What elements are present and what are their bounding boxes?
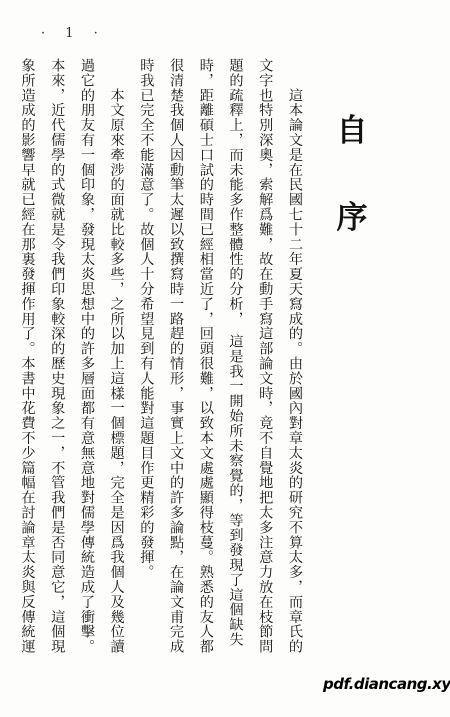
text-column: 過它的朋友有一個印象，發現太炎思想中的許多層面都有意無意地對儒學傳統造成了衝擊。	[78, 58, 94, 660]
text-column: 本來，近代儒學的式微就是令我們印象較深的歷史現象之一，不管我們是否同意它，這個現	[49, 58, 65, 660]
chapter-title: 自 序	[334, 116, 370, 234]
scanned-book-page: · 1 · 自 序 這本論文是在民國七十二年夏天寫成的。由於國內對章太炎的研究不…	[0, 0, 450, 717]
title-char-first: 自	[337, 116, 368, 147]
title-char-second: 序	[337, 203, 368, 234]
text-column: 時，距離碩士口試的時間已經相當近了，回頭很難，以致本文處處顯得枝蔓。熟悉的友人都	[197, 58, 213, 660]
text-column: 時我已完全不能滿意了。故個人十分希望見到有人能對這題目作更精彩的發揮。	[138, 58, 154, 660]
watermark-text: pdf.diancang.xyz	[323, 675, 450, 693]
text-column: 文字也特別深奧，索解爲難，故在動手寫這部論文時，竟不自覺地把太多注意力放在枝節問	[257, 58, 273, 660]
text-column: 題的疏釋上，而未能多作整體性的分析， 這是我一開始所未察覺的，等到發現了這個缺失	[227, 58, 243, 660]
page-number: · 1 ·	[41, 26, 106, 41]
text-column: 很清楚我個人因動筆太遲以致撰寫時一路趕的情形，事實上文中的許多論點，在論文甫完成	[168, 58, 184, 660]
text-column: 這本論文是在民國七十二年夏天寫成的。由於國內對章太炎的研究不算太多，而章氏的	[286, 58, 302, 660]
body-text: 這本論文是在民國七十二年夏天寫成的。由於國內對章太炎的研究不算太多，而章氏的文字…	[19, 58, 302, 664]
text-column: 本文原來牽涉的面就比較多些，之所以加上這樣一個標題，完全是因爲我個人及幾位讀	[108, 58, 124, 660]
text-column: 象所造成的影響早就已經在那裏發揮作用了。本書中花費不少篇幅在討論章太炎與反傳統運	[19, 58, 35, 660]
